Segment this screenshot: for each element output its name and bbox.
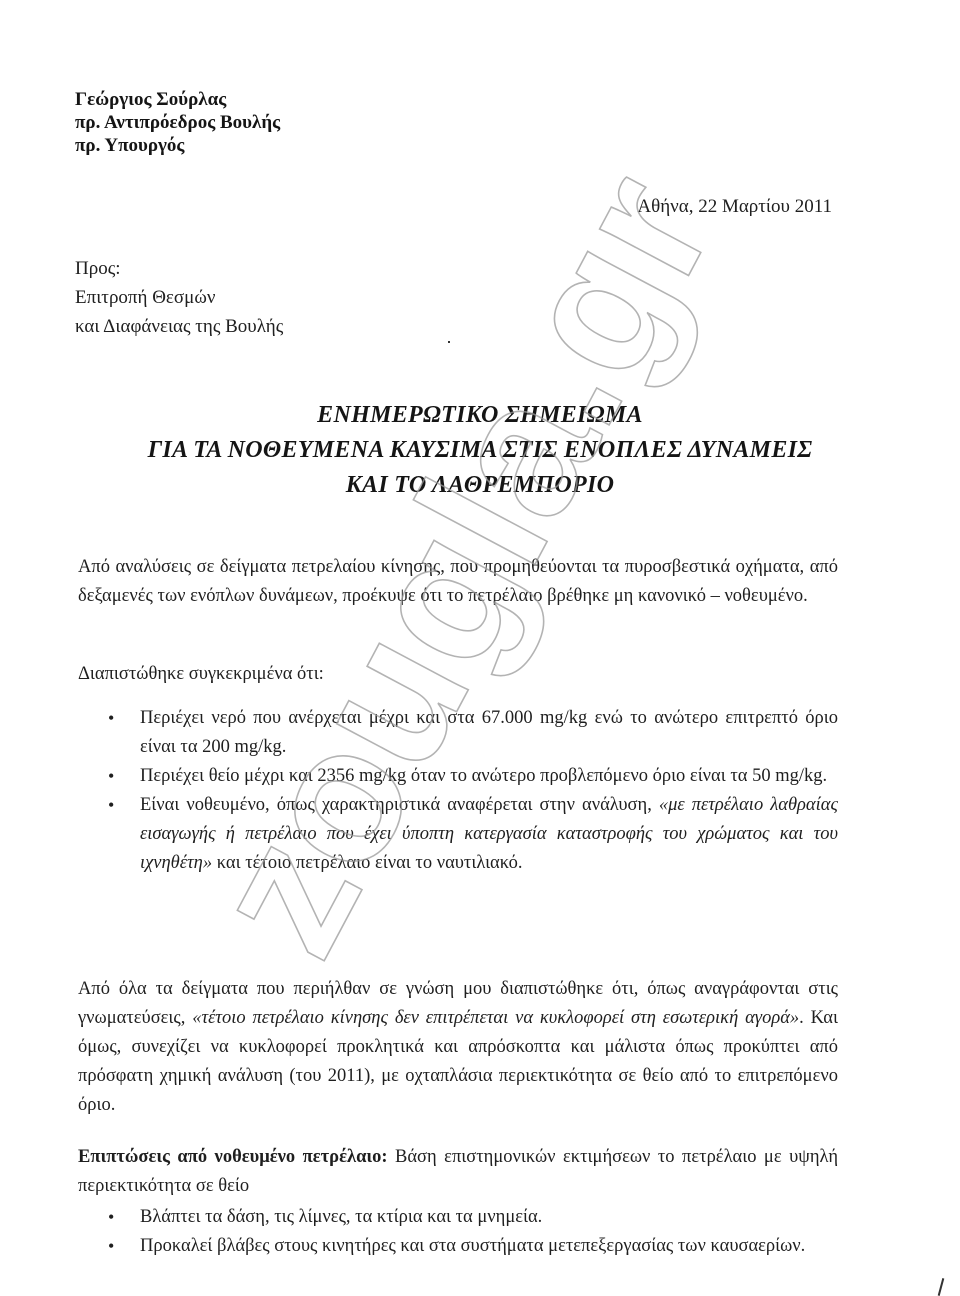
document-page: Γεώργιος Σούρλας πρ. Αντιπρόεδρος Βουλής… bbox=[0, 0, 960, 1296]
document-title: ΕΝΗΜΕΡΩΤΙΚΟ ΣΗΜΕΙΩΜΑ ΓΙΑ ΤΑ ΝΟΘΕΥΜΕΝΑ ΚΑ… bbox=[0, 398, 960, 503]
sender-title: πρ. Αντιπρόεδρος Βουλής bbox=[75, 111, 280, 134]
title-line: ΕΝΗΜΕΡΩΤΙΚΟ ΣΗΜΕΙΩΜΑ bbox=[0, 398, 960, 433]
scan-speck bbox=[448, 341, 450, 343]
sender-block: Γεώργιος Σούρλας πρ. Αντιπρόεδρος Βουλής… bbox=[75, 88, 280, 157]
list-item-text: Είναι νοθευμένο, όπως χαρακτηριστικά ανα… bbox=[140, 795, 659, 815]
effects-list: Βλάπτει τα δάση, τις λίμνες, τα κτίρια κ… bbox=[108, 1203, 838, 1261]
effects-paragraph: Επιπτώσεις από νοθευμένο πετρέλαιο: Βάση… bbox=[78, 1143, 838, 1201]
list-item-text: και τέτοιο πετρέλαιο είναι το ναυτιλιακό… bbox=[212, 853, 522, 873]
list-item: Βλάπτει τα δάση, τις λίμνες, τα κτίρια κ… bbox=[108, 1203, 838, 1232]
scan-mark bbox=[938, 1278, 945, 1296]
intro-paragraph: Από αναλύσεις σε δείγματα πετρελαίου κίν… bbox=[78, 553, 838, 611]
list-item: Είναι νοθευμένο, όπως χαρακτηριστικά ανα… bbox=[108, 791, 838, 878]
findings-list: Περιέχει νερό που ανέρχεται μέχρι και στ… bbox=[108, 704, 838, 878]
recipient-line: Επιτροπή Θεσμών bbox=[75, 283, 283, 312]
recipient-block: Προς: Επιτροπή Θεσμών και Διαφάνειας της… bbox=[75, 254, 283, 341]
recipient-label: Προς: bbox=[75, 254, 283, 283]
findings-intro: Διαπιστώθηκε συγκεκριμένα ότι: bbox=[78, 660, 838, 689]
list-item: Περιέχει θείο μέχρι και 2356 mg/kg όταν … bbox=[108, 762, 838, 791]
section-heading: Επιπτώσεις από νοθευμένο πετρέλαιο: bbox=[78, 1147, 388, 1167]
conclusion-paragraph: Από όλα τα δείγματα που περιήλθαν σε γνώ… bbox=[78, 975, 838, 1120]
list-item: Περιέχει νερό που ανέρχεται μέχρι και στ… bbox=[108, 704, 838, 762]
quoted-text: «τέτοιο πετρέλαιο κίνησης δεν επιτρέπετα… bbox=[192, 1008, 799, 1028]
recipient-line: και Διαφάνειας της Βουλής bbox=[75, 312, 283, 341]
document-date: Αθήνα, 22 Μαρτίου 2011 bbox=[637, 196, 832, 218]
title-line: ΓΙΑ ΤΑ ΝΟΘΕΥΜΕΝΑ ΚΑΥΣΙΜΑ ΣΤΙΣ ΕΝΟΠΛΕΣ ΔΥ… bbox=[0, 433, 960, 468]
sender-title: πρ. Υπουργός bbox=[75, 134, 280, 157]
title-line: ΚΑΙ ΤΟ ΛΑΘΡΕΜΠΟΡΙΟ bbox=[0, 468, 960, 503]
list-item: Προκαλεί βλάβες στους κινητήρες και στα … bbox=[108, 1232, 838, 1261]
sender-name: Γεώργιος Σούρλας bbox=[75, 88, 280, 111]
